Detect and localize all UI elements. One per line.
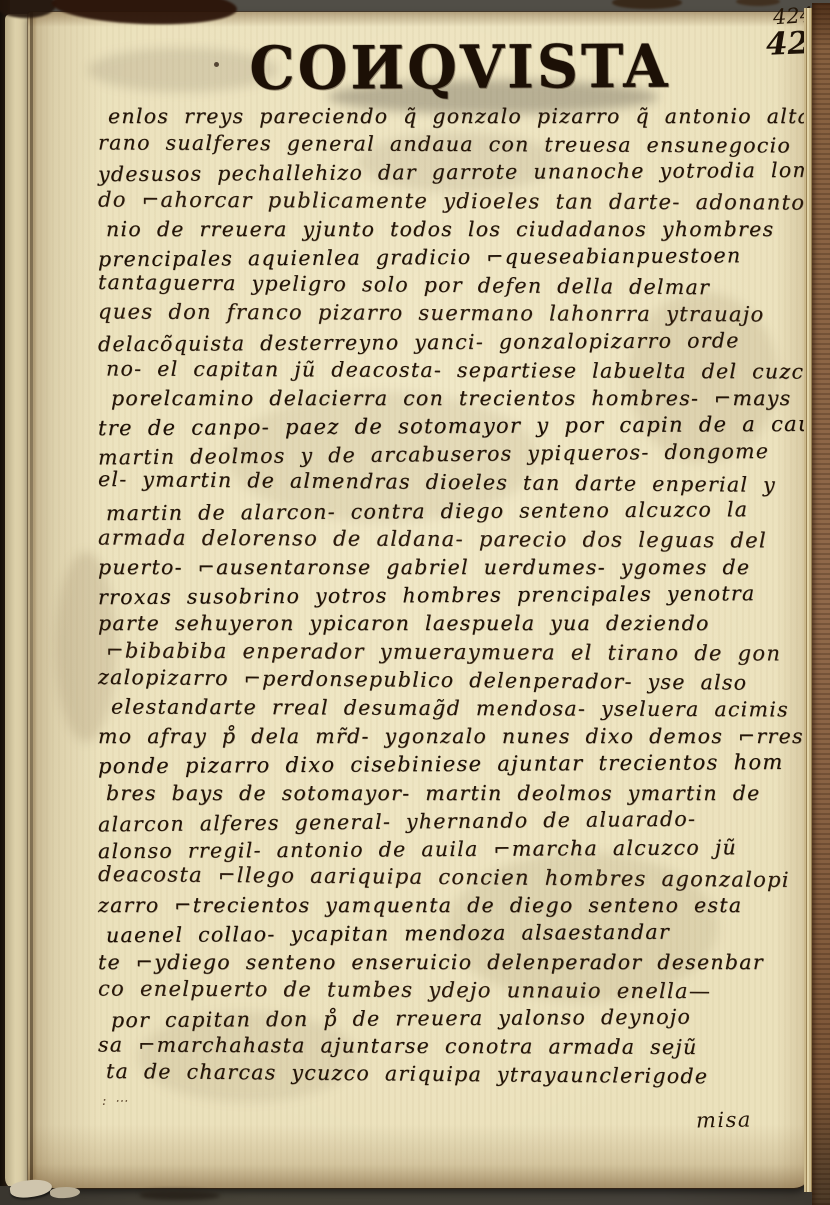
backdrop-bottom-band [0, 1186, 830, 1205]
manuscript-line: puerto- ⌐ausentaronse gabriel uerdumes- … [98, 553, 810, 581]
manuscript-line: ydesusos pechallehizo dar garrote unanoc… [98, 156, 810, 189]
manuscript-line: martin de alarcon- contra diego senteno … [106, 494, 810, 526]
manuscript-line: rano sualferes general andaua con treues… [98, 129, 810, 160]
manuscript-line: ⌐bibabiba enperador ymueraymuera el tira… [106, 636, 810, 667]
manuscript-line: delacõquista desterreyno yanci- gonzalop… [98, 325, 810, 358]
manuscript-line: rroxas susobrino yotros hombres prencipa… [98, 579, 810, 612]
manuscript-line: deacosta ⌐llego aariquipa concien hombre… [98, 860, 810, 894]
ink-dot [214, 62, 219, 67]
manuscript-line: mo afray p̊ dela mr̃d- ygonzalo nunes di… [98, 722, 810, 750]
manuscript-line: elestandarte rreal desumag̃d mendosa- ys… [111, 692, 810, 723]
manuscript-line: armada delorenso de aldana- parecio dos … [98, 523, 810, 554]
manuscript-line: parte sehuyeron ypicaron laespuela yua d… [98, 609, 810, 637]
manuscript-line: enlos rreys pareciendo q̃ gonzalo pizarr… [108, 102, 810, 130]
gutter-crease [30, 12, 33, 1188]
edge-stain [612, 0, 682, 9]
end-mark: : ⋯ [102, 1094, 130, 1109]
manuscript-line: zalopizarro ⌐perdonsepublico delenperado… [98, 663, 810, 697]
manuscript-line: ques don franco pizarro suermano lahonrr… [98, 298, 810, 329]
manuscript-line: porelcamino delacierra con trecientos ho… [111, 384, 810, 412]
manuscript-line: ta de charcas ycuzco ariquipa ytrayauncl… [106, 1057, 810, 1091]
manuscript-line: no- el capitan jũ deacosta- separtiese l… [106, 354, 810, 385]
manuscript-line: do ⌐ahorcar publicamente ydioeles tan da… [98, 185, 810, 216]
manuscript-line: bres bays de sotomayor- martin deolmos y… [106, 779, 810, 807]
manuscript-line: zarro ⌐trecientos yamquenta de diego sen… [98, 891, 810, 919]
catchword: misa [696, 1108, 752, 1133]
shadow-blob [140, 1190, 220, 1200]
manuscript-lines: enlos rreys pareciendo q̃ gonzalo pizarr… [98, 102, 810, 1089]
book-fore-edge [812, 3, 830, 1205]
manuscript-line: nio de rreuera yjunto todos los ciudadan… [106, 215, 810, 243]
manuscript-line: ponde pizarro dixo cisebiniese ajuntar t… [98, 748, 810, 781]
manuscript-line: te ⌐ydiego senteno enseruicio delenperad… [98, 948, 810, 976]
manuscript-page: COИQVISTA 424 42 enlos rreys pareciendo … [28, 12, 810, 1188]
manuscript-line: co enelpuerto de tumbes ydejo unnauio en… [98, 974, 810, 1005]
page-title: COИQVISTA [240, 31, 680, 103]
manuscript-line: uaenel collao- ycapitan mendoza alsaesta… [106, 917, 810, 949]
manuscript-scan: COИQVISTA 424 42 enlos rreys pareciendo … [0, 0, 830, 1205]
manuscript-line: por capitan don p̊ de rreuera yalonso de… [111, 1002, 810, 1034]
